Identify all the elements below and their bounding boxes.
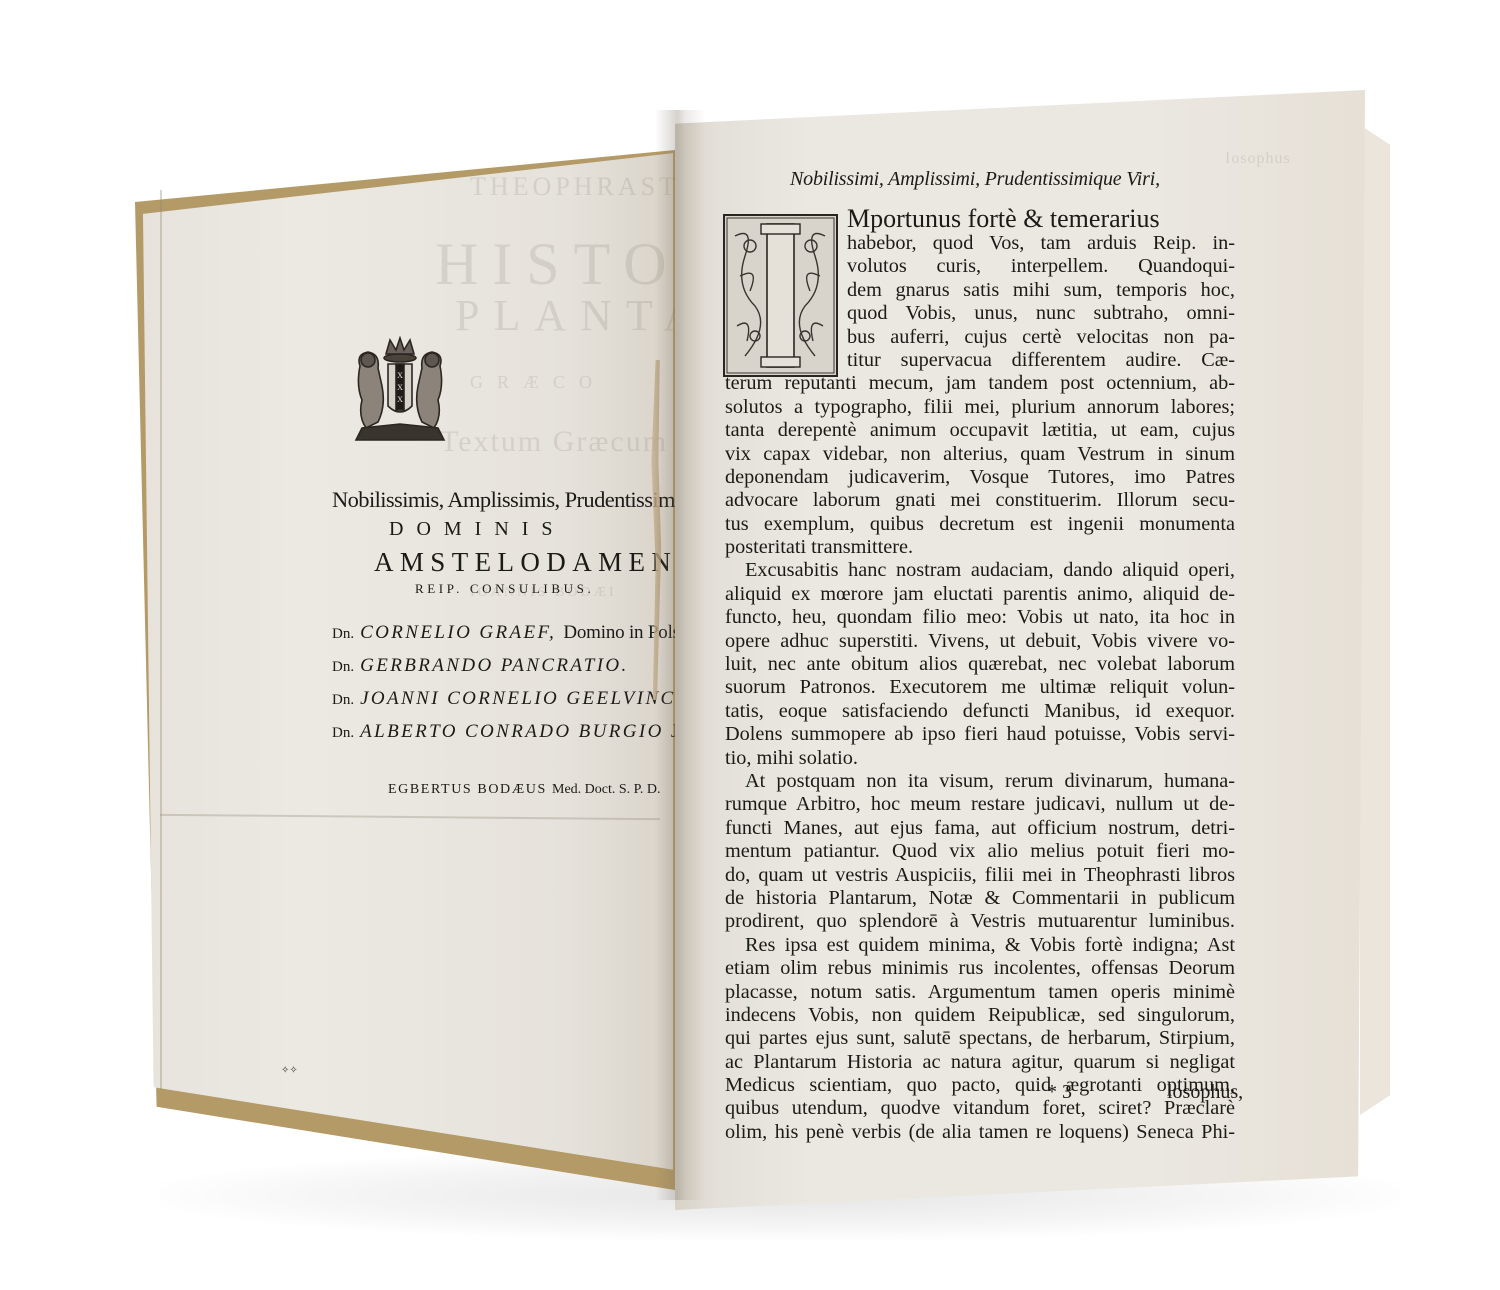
stray-ink-mark: ✧✧	[281, 1065, 298, 1076]
text-line: titur supervacua differentem audire. Cæ-	[725, 349, 1235, 372]
dedicatee-name: CORNELIO GRAEF,	[360, 622, 556, 643]
text-line: Dolens summopere ab ipso fieri haud potu…	[725, 723, 1235, 746]
dedicatee-name: GERBRANDO PANCRATIO.	[360, 655, 629, 676]
text-line: bus auferri, cujus certè velocitas non p…	[725, 326, 1235, 349]
svg-text:X: X	[397, 395, 403, 404]
text-line: prodirent, quo splendorē à Vestris mutua…	[725, 910, 1235, 933]
show-through-text: Textum Græcum	[440, 425, 668, 459]
dedication-line: Nobilissimis, Amplissimis, Prudentissimi…	[332, 487, 689, 513]
dedicatee-line: Dn.GERBRANDO PANCRATIO.	[332, 655, 629, 677]
text-line: mentum patiantur. Quod vix alio melius p…	[725, 840, 1235, 863]
text-line: suorum Patronos. Executorem me ultimæ re…	[725, 676, 1235, 699]
text-line: solutos a typographo, filii mei, plurium…	[725, 396, 1235, 419]
text-line: tanta derepentè animum occupavit lætitia…	[725, 419, 1235, 442]
open-book: THEOPHRASTI HISTO PLANTARU GRÆCO Textum …	[0, 0, 1500, 1290]
dominis-heading: DOMINIS	[389, 518, 566, 541]
dedicatee-line: Dn.JOANNI CORNELIO GEELVINCK.	[332, 688, 698, 710]
svg-text:X: X	[397, 383, 403, 392]
text-line: rumque Arbitro, hoc meum restare judicav…	[725, 793, 1235, 816]
left-page-crease	[160, 190, 162, 1090]
dedicatee-prefix: Dn.	[332, 626, 354, 642]
text-line: quod Vobis, unus, nunc subtraho, omni-	[725, 302, 1235, 325]
text-line: dem gnarus satis mihi sum, temporis hoc,	[725, 279, 1235, 302]
text-line: do, quam ut vestris Auspiciis, filii mei…	[725, 864, 1235, 887]
text-line: terum reputanti mecum, jam tandem post o…	[725, 372, 1235, 395]
text-line: tus exemplum, quibus decretum est ingeni…	[725, 513, 1235, 536]
text-line: etiam olim rebus minimis rus incolentes,…	[725, 957, 1235, 980]
signature-mark: * 3	[1047, 1081, 1072, 1104]
text-line: opere adhuc superstiti. Vivens, ut debui…	[725, 630, 1235, 653]
show-through-text: HISTO	[435, 230, 681, 299]
text-line: quibus utendum, quodve vitandum foret, s…	[725, 1097, 1235, 1120]
author-title: Med. Doct. S. P. D.	[552, 782, 661, 797]
dedicatee-prefix: Dn.	[332, 725, 354, 741]
text-line: Res ipsa est quidem minima, & Vobis fort…	[725, 934, 1235, 957]
text-line: qui partes ejus sunt, salutē spectans, d…	[725, 1027, 1235, 1050]
text-line: vix capax videbar, non alterius, quam Ve…	[725, 443, 1235, 466]
book-gutter	[655, 110, 705, 1200]
letter-salutation: Nobilissimi, Amplissimi, Prudentissimiqu…	[790, 168, 1160, 191]
coat-of-arms-emblem: X X X	[352, 336, 448, 446]
text-line: functi Manes, aut ejus fama, aut officiu…	[725, 817, 1235, 840]
text-line: deponendam judicaverim, Vosque Tutores, …	[725, 466, 1235, 489]
text-line: Excusabitis hanc nostram audaciam, dando…	[725, 559, 1235, 582]
text-line: de historia Plantarum, Notæ & Commentari…	[725, 887, 1235, 910]
dedicatee-prefix: Dn.	[332, 659, 354, 675]
text-line: functo, heu, quondam filio meo: Vobis ut…	[725, 606, 1235, 629]
text-line: tio, mihi solatio.	[725, 747, 1235, 770]
text-line: indecens Vobis, non quidem Reipublicæ, s…	[725, 1004, 1235, 1027]
dedicatee-name: JOANNI CORNELIO GEELVINCK.	[360, 688, 698, 709]
right-page-edges	[1360, 125, 1390, 1115]
reip-consulibus: REIP. CONSULIBUS.	[415, 581, 594, 597]
show-through-text: Iosophus	[1225, 150, 1291, 168]
text-line: posteritati transmittere.	[725, 536, 1235, 559]
svg-text:X: X	[397, 371, 403, 380]
dedicatee-prefix: Dn.	[332, 692, 354, 708]
text-line: volutos curis, interpellem. Quandoqui-	[725, 255, 1235, 278]
text-line: At postquam non ita visum, rerum divinar…	[725, 770, 1235, 793]
text-line: placasse, notum satis. Argumentum tamen …	[725, 981, 1235, 1004]
dedicatee-name: ALBERTO CONRADO BURGIO	[360, 721, 664, 742]
text-line: luit, nec ante obitum alios quærebat, ne…	[725, 653, 1235, 676]
text-line: Mportunus fortè & temerarius	[725, 205, 1235, 232]
text-line: olim, his penè verbis (de alia tamen re …	[725, 1121, 1235, 1144]
text-line: Medicus scientiam, quo pacto, quid ægrot…	[725, 1074, 1235, 1097]
text-line: habebor, quod Vos, tam arduis Reip. in-	[725, 232, 1235, 255]
author-name: EGBERTUS BODÆUS	[388, 782, 547, 797]
author-signature: EGBERTUS BODÆUS Med. Doct. S. P. D.	[388, 782, 661, 798]
show-through-text: GRÆCO	[470, 372, 606, 393]
catchword: losophus,	[1167, 1081, 1243, 1104]
text-line: ac Plantarum Historia ac natura agitur, …	[725, 1051, 1235, 1074]
text-line: tatis, eoque satisfaciendo defuncti Mani…	[725, 700, 1235, 723]
letter-body: Mportunus fortè & temerarius habebor, qu…	[725, 205, 1235, 1144]
text-line: advocare laborum gnati mei constituerim.…	[725, 489, 1235, 512]
text-line: aliquid ex mœrore jam eluctati parentis …	[725, 583, 1235, 606]
